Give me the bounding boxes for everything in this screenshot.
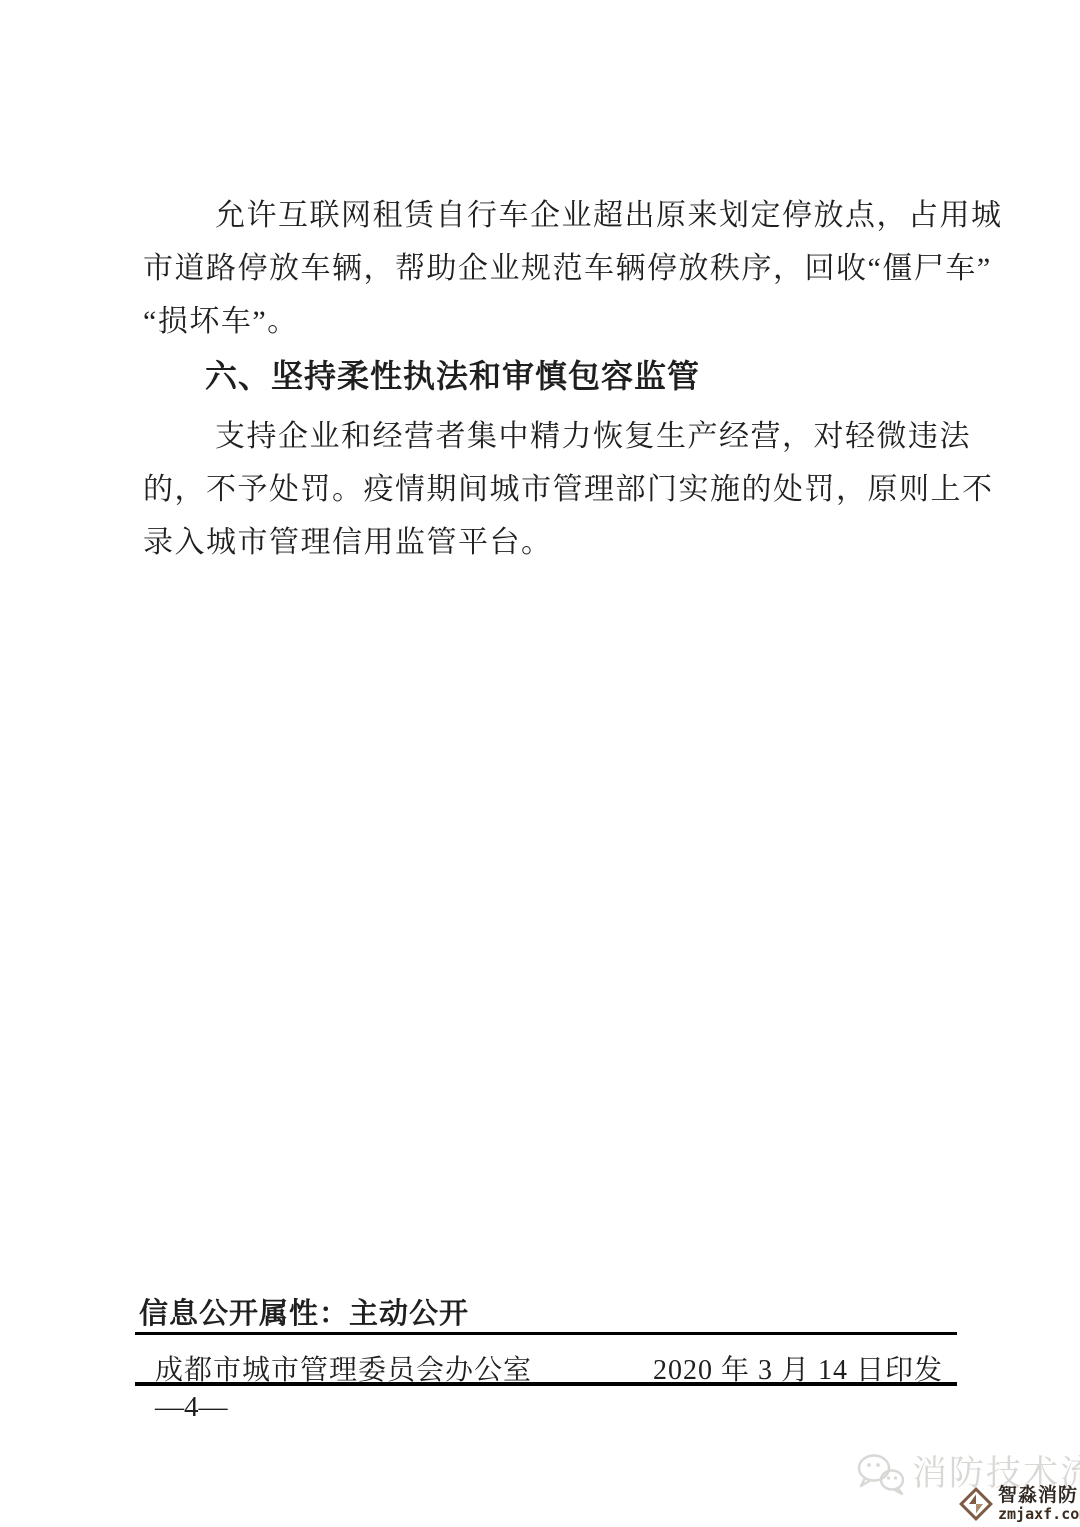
page-number: —4— xyxy=(135,1390,977,1424)
paragraph-line: 的，不予处罚。疫情期间城市管理部门实施的处罚，原则上不 xyxy=(143,463,943,516)
paragraph-line: 允许互联网租赁自行车企业超出原来划定停放点，占用城 xyxy=(143,189,943,242)
footer-divider-bottom xyxy=(135,1382,957,1386)
paragraph-2: 支持企业和经营者集中精力恢复生产经营，对轻微违法 的，不予处罚。疫情期间城市管理… xyxy=(143,410,943,569)
brand-diamond-icon xyxy=(958,1486,994,1522)
section-heading: 六、坚持柔性执法和审慎包容监管 xyxy=(143,350,1005,403)
brand-name: 智淼消防 xyxy=(998,1486,1080,1506)
paragraph-line: 支持企业和经营者集中精力恢复生产经营，对轻微违法 xyxy=(143,410,943,463)
paragraph-line: 录入城市管理信用监管平台。 xyxy=(143,516,943,569)
paragraph-line: 市道路停放车辆，帮助企业规范车辆停放秩序，回收“僵尸车” xyxy=(143,242,943,295)
document-page: 允许互联网租赁自行车企业超出原来划定停放点，占用城 市道路停放车辆，帮助企业规范… xyxy=(0,0,1080,1527)
footer-divider-top xyxy=(135,1332,957,1335)
paragraph-1: 允许互联网租赁自行车企业超出原来划定停放点，占用城 市道路停放车辆，帮助企业规范… xyxy=(143,189,943,348)
brand-mark: 智淼消防 zmjaxf.com xyxy=(958,1486,1080,1523)
wechat-bubbles-icon xyxy=(856,1452,906,1496)
brand-domain: zmjaxf.com xyxy=(998,1506,1080,1523)
brand-texts: 智淼消防 zmjaxf.com xyxy=(998,1486,1080,1523)
disclosure-attribute-label: 信息公开属性：主动公开 xyxy=(135,1295,961,1333)
paragraph-line: “损坏车”。 xyxy=(143,295,943,348)
